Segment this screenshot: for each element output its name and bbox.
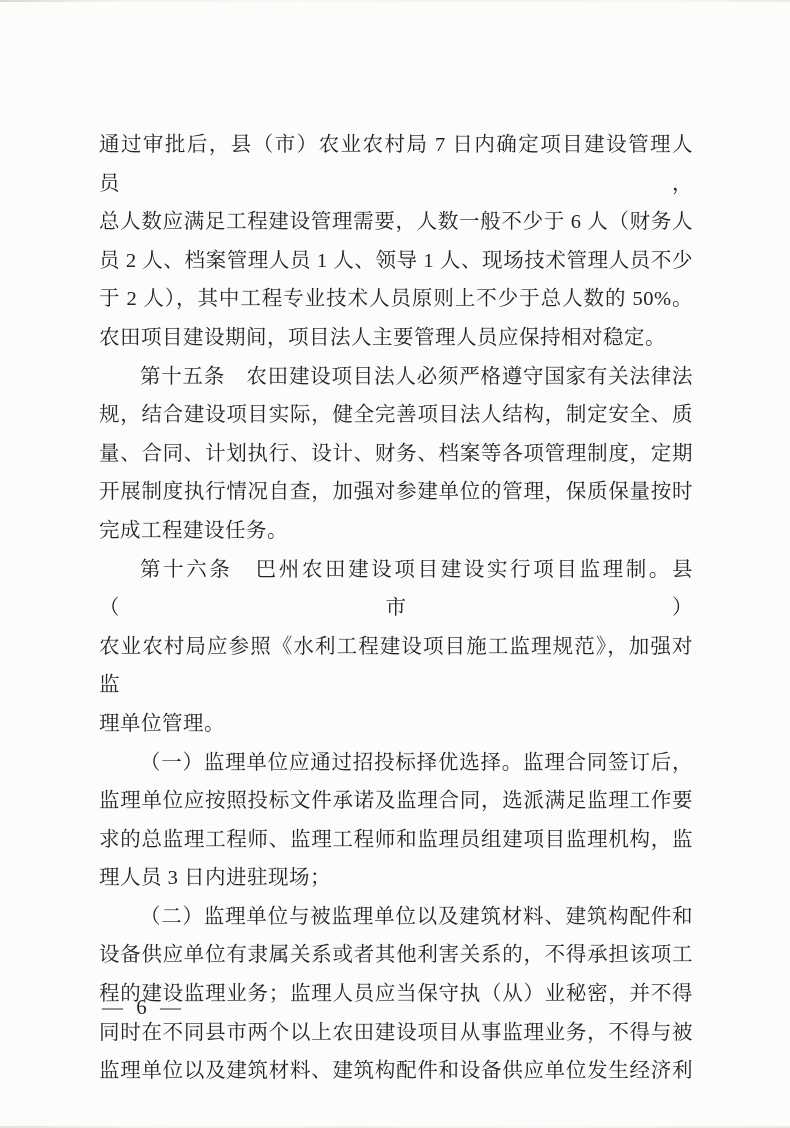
paragraph: 第十六条 巴州农田建设项目建设实行项目监理制。县（市）农业农村局应参照《水利工程… — [99, 551, 693, 744]
text-line: 第十六条 巴州农田建设项目建设实行项目监理制。县（市） — [99, 551, 693, 628]
text-line: 程的建设监理业务；监理人员应当保守执（从）业秘密，并不得 — [99, 975, 693, 1014]
text-line: 第十五条 农田建设项目法人必须严格遵守国家有关法律法 — [99, 358, 693, 397]
text-line: 监理单位应按照投标文件承诺及监理合同，选派满足监理工作要 — [99, 782, 693, 821]
text-line: 通过审批后，县（市）农业农村局 7 日内确定项目建设管理人员， — [99, 126, 693, 203]
page-number: — 6 — — [102, 995, 185, 1020]
text-line: 量、合同、计划执行、设计、财务、档案等各项管理制度，定期 — [99, 435, 693, 474]
text-line: 完成工程建设任务。 — [99, 512, 693, 551]
text-line: 规，结合建设项目实际，健全完善项目法人结构，制定安全、质 — [99, 396, 693, 435]
text-line: 理人员 3 日内进驻现场； — [99, 859, 693, 898]
paragraph: 通过审批后，县（市）农业农村局 7 日内确定项目建设管理人员，总人数应满足工程建… — [99, 126, 693, 358]
paragraph: （一）监理单位应通过招投标择优选择。监理合同签订后，监理单位应按照投标文件承诺及… — [99, 744, 693, 898]
text-line: 求的总监理工程师、监理工程师和监理员组建项目监理机构，监 — [99, 821, 693, 860]
scan-artifact-top-edge — [0, 0, 790, 2]
text-line: 开展制度执行情况自查，加强对参建单位的管理，保质保量按时 — [99, 473, 693, 512]
text-line: 同时在不同县市两个以上农田建设项目从事监理业务，不得与被 — [99, 1014, 693, 1053]
text-line: （一）监理单位应通过招投标择优选择。监理合同签订后， — [99, 744, 693, 783]
text-line: （二）监理单位与被监理单位以及建筑材料、建筑构配件和 — [99, 898, 693, 937]
text-line: 农田项目建设期间，项目法人主要管理人员应保持相对稳定。 — [99, 319, 693, 358]
document-page: 通过审批后，县（市）农业农村局 7 日内确定项目建设管理人员，总人数应满足工程建… — [0, 0, 790, 1128]
document-text-block: 通过审批后，县（市）农业农村局 7 日内确定项目建设管理人员，总人数应满足工程建… — [99, 126, 693, 1091]
paragraph: （二）监理单位与被监理单位以及建筑材料、建筑构配件和设备供应单位有隶属关系或者其… — [99, 898, 693, 1091]
text-line: 总人数应满足工程建设管理需要，人数一般不少于 6 人（财务人 — [99, 203, 693, 242]
text-line: 农业农村局应参照《水利工程建设项目施工监理规范》，加强对监 — [99, 628, 693, 705]
text-line: 监理单位以及建筑材料、建筑构配件和设备供应单位发生经济利 — [99, 1052, 693, 1091]
paragraph: 第十五条 农田建设项目法人必须严格遵守国家有关法律法规，结合建设项目实际，健全完… — [99, 358, 693, 551]
text-line: 员 2 人、档案管理人员 1 人、领导 1 人、现场技术管理人员不少 — [99, 242, 693, 281]
text-line: 于 2 人），其中工程专业技术人员原则上不少于总人数的 50%。 — [99, 280, 693, 319]
text-line: 设备供应单位有隶属关系或者其他利害关系的，不得承担该项工 — [99, 936, 693, 975]
text-line: 理单位管理。 — [99, 705, 693, 744]
